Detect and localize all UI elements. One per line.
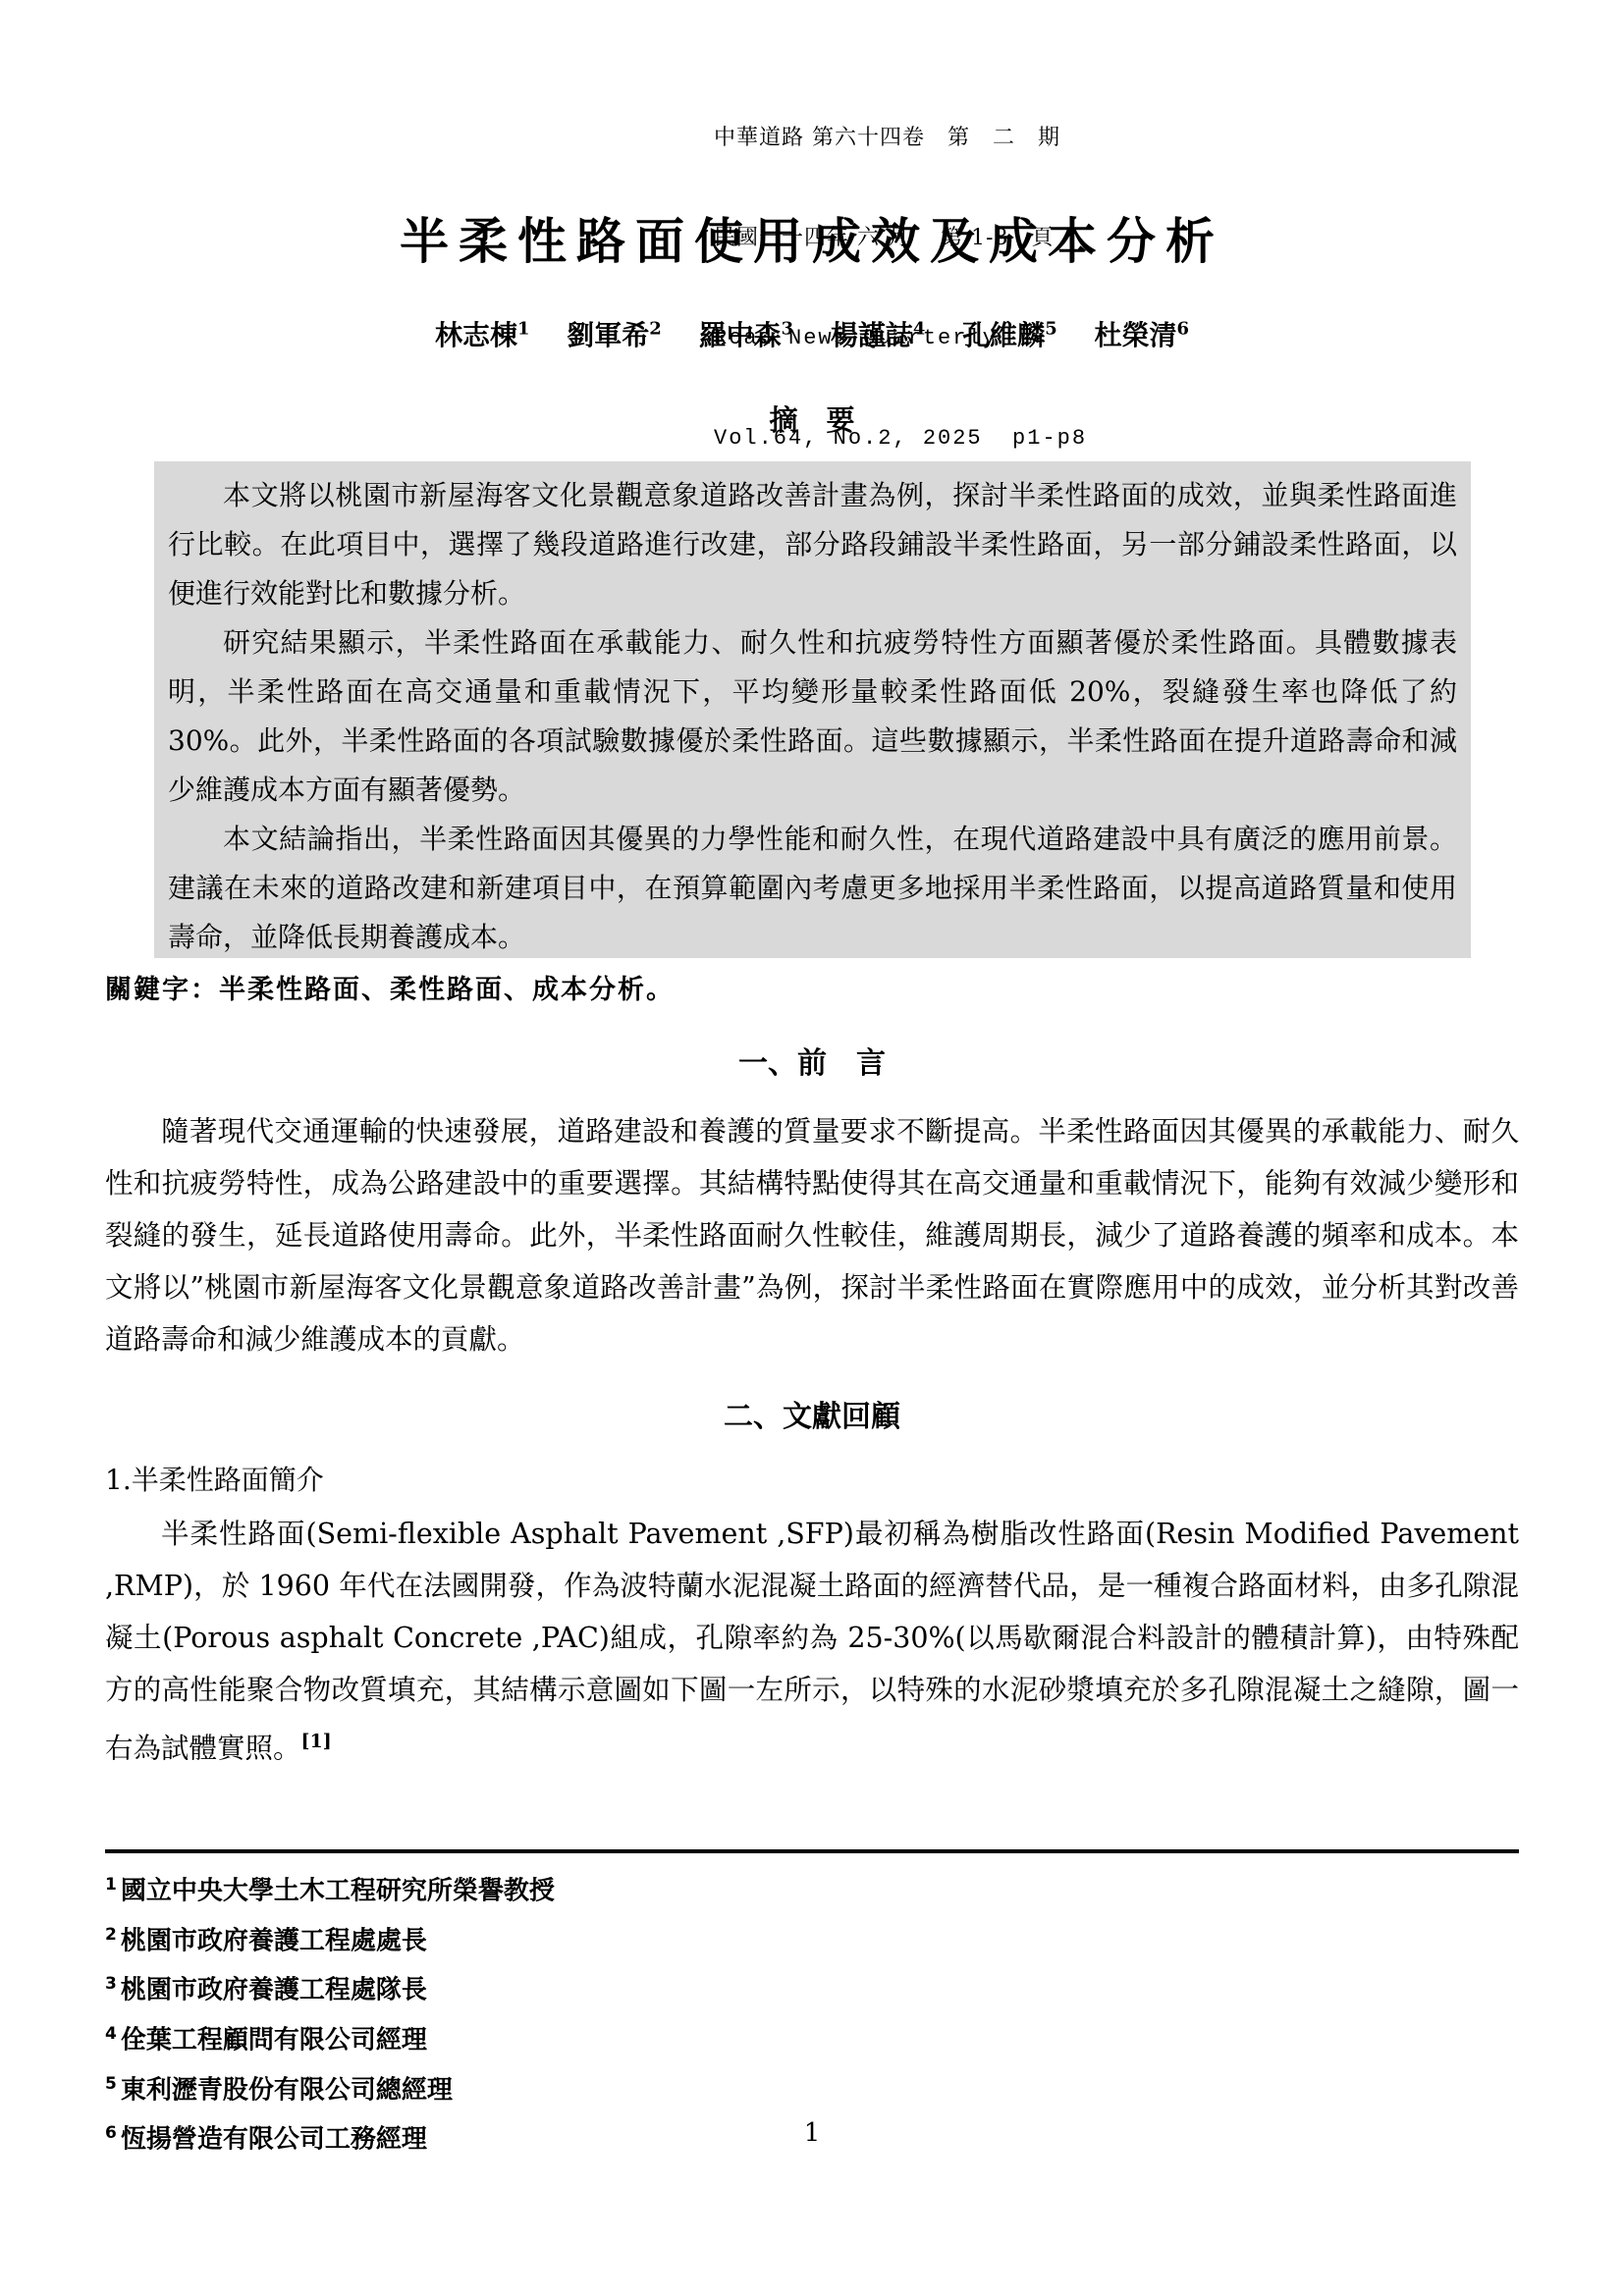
author: 孔維麟5 [962,319,1057,351]
footnote-text: 桃園市政府養護工程處處長 [121,1926,427,1955]
abstract-paragraph: 本文結論指出，半柔性路面因其優異的力學性能和耐久性，在現代道路建設中具有廣泛的應… [168,815,1457,962]
literature-paragraph-text: 半柔性路面(Semi-flexible Asphalt Pavement ,SF… [105,1518,1519,1765]
footnote: 4佺葉工程顧問有限公司經理 [105,2012,1519,2062]
footnote: 5東利瀝青股份有限公司總經理 [105,2062,1519,2112]
paper-page: 中華道路 第六十四卷 第 二 期 民國一一四年 六 月 第 1-8 頁 Road… [0,0,1624,2296]
page-number: 1 [0,2118,1624,2148]
footnote-list: 1國立中央大學土木工程研究所榮譽教授 2桃園市政府養護工程處處長 3桃園市政府養… [105,1863,1519,2162]
footnote: 3桃園市政府養護工程處隊長 [105,1962,1519,2012]
footnote-number: 4 [105,2024,117,2044]
abstract-box: 本文將以桃園市新屋海客文化景觀意象道路改善計畫為例，探討半柔性路面的成效，並與柔… [154,461,1471,958]
author-affiliation-sup: 4 [913,319,926,340]
footnote-number: 1 [105,1875,117,1895]
section-heading-introduction: 一、前 言 [0,1039,1624,1082]
footnote-number: 3 [105,1974,117,1994]
author-list: 林志棟1 劉軍希2 羅中森3 楊謹誌4 孔維麟5 杜榮清6 [0,314,1624,353]
author-name: 羅中森 [699,319,782,351]
abstract-heading: 摘 要 [0,399,1624,439]
journal-volume-line-zh: 中華道路 第六十四卷 第 二 期 [714,122,1087,155]
author-name: 孔維麟 [962,319,1045,351]
footnote: 1國立中央大學土木工程研究所榮譽教授 [105,1863,1519,1913]
author-affiliation-sup: 1 [517,319,530,340]
keywords-line: 關鍵字：半柔性路面、柔性路面、成本分析。 [105,968,1519,1006]
citation-marker: [1] [301,1731,332,1752]
subsection-heading-sfp-intro: 1.半柔性路面簡介 [105,1459,324,1498]
author-name: 林志棟 [435,319,517,351]
footnote-text: 國立中央大學土木工程研究所榮譽教授 [121,1877,555,1906]
abstract-paragraph: 本文將以桃園市新屋海客文化景觀意象道路改善計畫為例，探討半柔性路面的成效，並與柔… [168,471,1457,618]
footnote-text: 東利瀝青股份有限公司總經理 [121,2075,453,2105]
literature-paragraph: 半柔性路面(Semi-flexible Asphalt Pavement ,SF… [105,1508,1519,1775]
author-affiliation-sup: 3 [782,319,794,340]
author-affiliation-sup: 6 [1176,319,1189,340]
author: 劉軍希2 [567,319,662,351]
author-name: 劉軍希 [567,319,649,351]
author: 楊謹誌4 [831,319,926,351]
section-heading-literature-review: 二、文獻回顧 [0,1392,1624,1435]
author-affiliation-sup: 5 [1045,319,1057,340]
author-name: 楊謹誌 [831,319,913,351]
abstract-paragraph: 研究結果顯示，半柔性路面在承載能力、耐久性和抗疲勞特性方面顯著優於柔性路面。具體… [168,618,1457,815]
footnote: 2桃園市政府養護工程處處長 [105,1913,1519,1963]
author: 杜榮清6 [1094,319,1189,351]
footnote-text: 桃園市政府養護工程處隊長 [121,1976,427,2005]
footnote-number: 5 [105,2074,117,2094]
author: 羅中森3 [699,319,794,351]
author-affiliation-sup: 2 [649,319,662,340]
footnote-text: 佺葉工程顧問有限公司經理 [121,2026,427,2056]
journal-header: 中華道路 第六十四卷 第 二 期 民國一一四年 六 月 第 1-8 頁 Road… [714,55,1087,522]
author-name: 杜榮清 [1094,319,1176,351]
paper-title: 半柔性路面使用成效及成本分析 [0,202,1624,273]
footnote-divider [105,1849,1519,1853]
introduction-paragraph: 隨著現代交通運輸的快速發展，道路建設和養護的質量要求不斷提高。半柔性路面因其優異… [105,1105,1519,1365]
author: 林志棟1 [435,319,530,351]
footnote-number: 2 [105,1925,117,1945]
